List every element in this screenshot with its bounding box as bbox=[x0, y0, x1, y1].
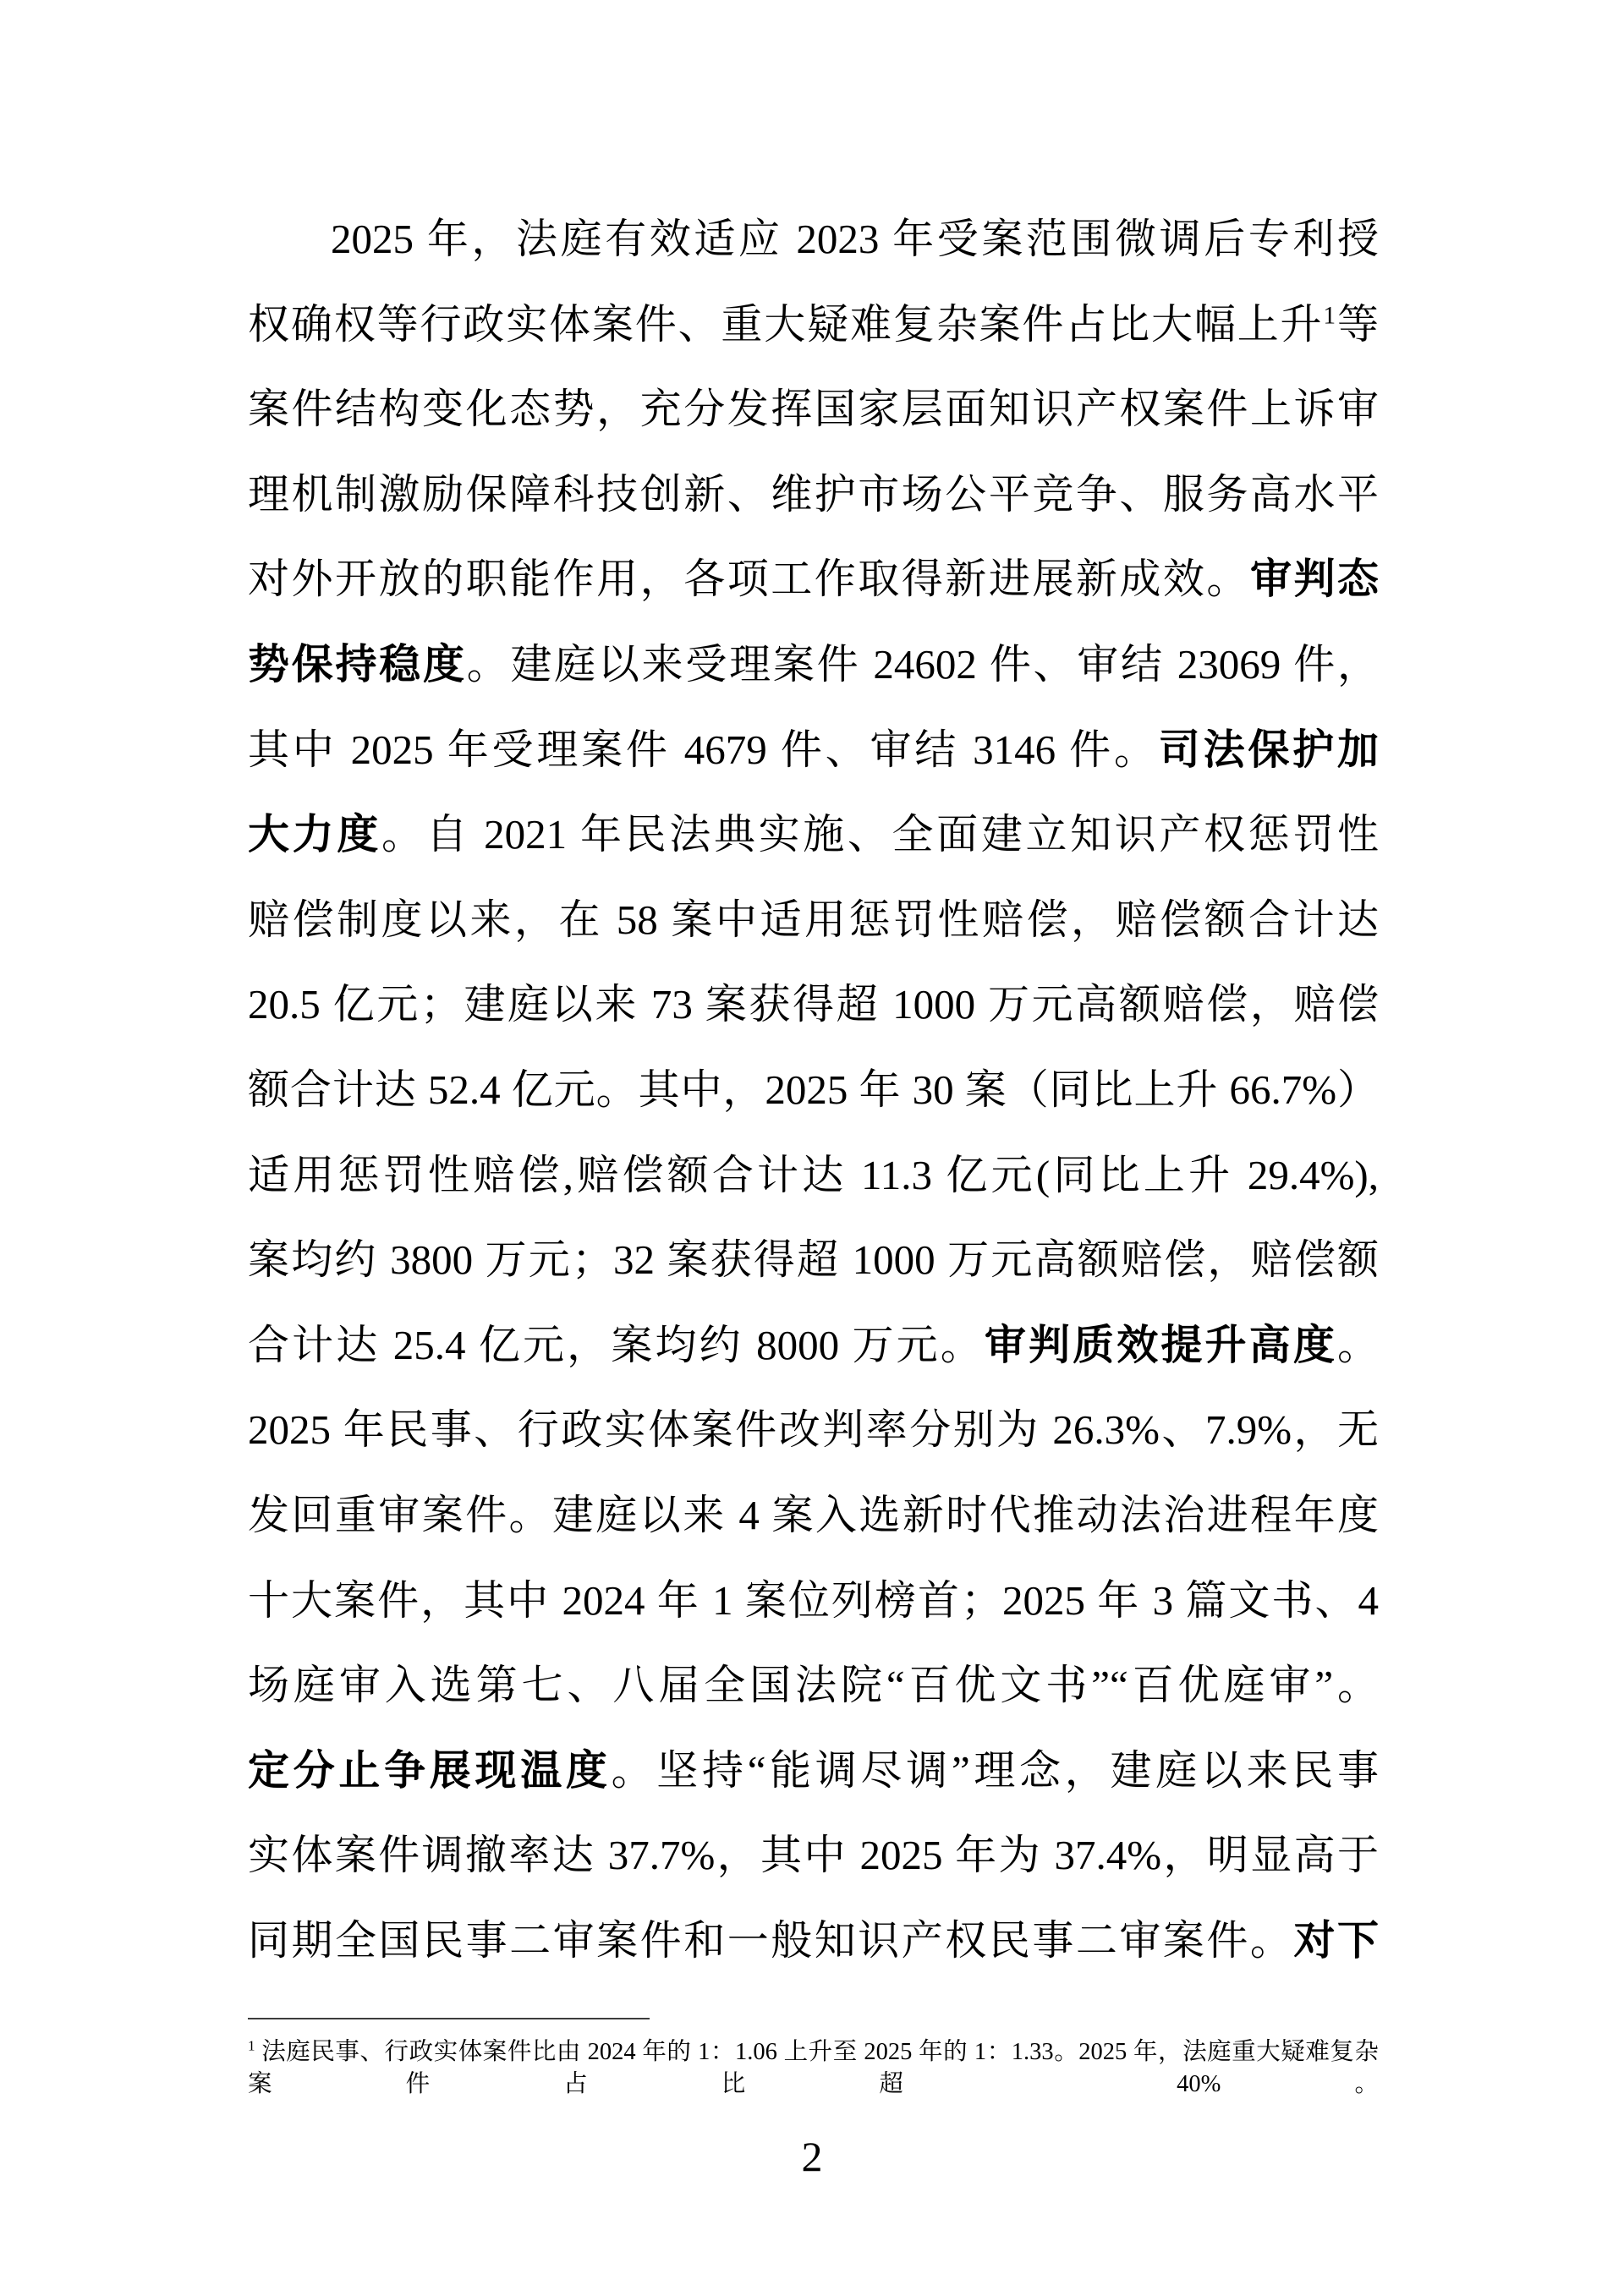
body-text-segment: 理机制激励保障科技创新、维护市场公平竞争、服务高水平 bbox=[248, 471, 1379, 518]
text-line: 权确权等行政实体案件、重大疑难复杂案件占比大幅上升1等 bbox=[248, 282, 1379, 368]
footnote-separator bbox=[248, 2018, 650, 2019]
body-text-segment: 十大案件，其中 2024 年 1 案位列榜首；2025 年 3 篇文书、4 bbox=[248, 1577, 1379, 1624]
text-line: 场庭审入选第七、八届全国法院“百优文书”“百优庭审”。 bbox=[248, 1643, 1379, 1729]
text-line: 20.5 亿元；建庭以来 73 案获得超 1000 万元高额赔偿，赔偿 bbox=[248, 962, 1379, 1048]
text-line: 实体案件调撤率达 37.7%，其中 2025 年为 37.4%，明显高于 bbox=[248, 1813, 1379, 1899]
body-text-segment: 案件结构变化态势，充分发挥国家层面知识产权案件上诉审 bbox=[248, 386, 1379, 432]
body-text-segment: 适用惩罚性赔偿,赔偿额合计达 11.3 亿元(同比上升 29.4%), bbox=[248, 1152, 1379, 1198]
body-text-segment: 赔偿制度以来，在 58 案中适用惩罚性赔偿，赔偿额合计达 bbox=[248, 896, 1379, 943]
text-line: 十大案件，其中 2024 年 1 案位列榜首；2025 年 3 篇文书、4 bbox=[248, 1559, 1379, 1644]
body-text-segment: 同期全国民事二审案件和一般知识产权民事二审案件。 bbox=[248, 1917, 1293, 1964]
bold-emphasis-text: 审判态 bbox=[1250, 556, 1379, 602]
bold-emphasis-text: 司法保护加 bbox=[1159, 727, 1379, 773]
text-line: 合计达 25.4 亿元，案均约 8000 万元。审判质效提升高度。 bbox=[248, 1303, 1379, 1389]
body-text-segment: 权确权等行政实体案件、重大疑难复杂案件占比大幅上升 bbox=[248, 301, 1323, 348]
text-line: 1 法庭民事、行政实体案件比由 2024 年的 1：1.06 上升至 2025 … bbox=[248, 2036, 1379, 2069]
text-line: 赔偿制度以来，在 58 案中适用惩罚性赔偿，赔偿额合计达 bbox=[248, 878, 1379, 963]
text-line: 其中 2025 年受理案件 4679 件、审结 3146 件。司法保护加 bbox=[248, 708, 1379, 793]
text-line: 同期全国民事二审案件和一般知识产权民事二审案件。对下 bbox=[248, 1899, 1379, 1984]
text-line: 适用惩罚性赔偿,赔偿额合计达 11.3 亿元(同比上升 29.4%), bbox=[248, 1133, 1379, 1219]
bold-emphasis-text: 对下 bbox=[1293, 1918, 1379, 1964]
text-line: 2025 年，法庭有效适应 2023 年受案范围微调后专利授 bbox=[248, 197, 1379, 282]
body-text-segment: 案均约 3800 万元；32 案获得超 1000 万元高额赔偿，赔偿额 bbox=[248, 1236, 1379, 1283]
body-text-segment: 其中 2025 年受理案件 4679 件、审结 3146 件。 bbox=[248, 726, 1159, 773]
bold-emphasis-text: 势保持稳度 bbox=[248, 642, 467, 688]
text-line: 理机制激励保障科技创新、维护市场公平竞争、服务高水平 bbox=[248, 452, 1379, 538]
body-text-segment: 额合计达 52.4 亿元。其中，2025 年 30 案（同比上升 66.7%） bbox=[248, 1066, 1379, 1113]
bold-emphasis-text: 定分止争展现温度 bbox=[248, 1748, 612, 1794]
text-line: 案件占比超 40%。 bbox=[248, 2069, 1379, 2101]
body-text-segment: 。建庭以来受理案件 24602 件、审结 23069 件， bbox=[467, 641, 1379, 688]
bold-emphasis-text: 大力度 bbox=[248, 812, 381, 858]
body-text-segment: 2025 年，法庭有效适应 2023 年受案范围微调后专利授 bbox=[331, 216, 1379, 262]
body-text-segment: 法庭民事、行政实体案件比由 2024 年的 1：1.06 上升至 2025 年的… bbox=[255, 2039, 1379, 2065]
body-text-segment: 等 bbox=[1336, 301, 1379, 348]
body-text-segment: 20.5 亿元；建庭以来 73 案获得超 1000 万元高额赔偿，赔偿 bbox=[248, 981, 1379, 1027]
body-text-segment: 。坚持“能调尽调”理念，建庭以来民事 bbox=[612, 1747, 1379, 1794]
text-line: 2025 年民事、行政实体案件改判率分别为 26.3%、7.9%，无 bbox=[248, 1388, 1379, 1473]
body-text-segment: 场庭审入选第七、八届全国法院“百优文书”“百优庭审”。 bbox=[248, 1662, 1379, 1708]
text-line: 案均约 3800 万元；32 案获得超 1000 万元高额赔偿，赔偿额 bbox=[248, 1218, 1379, 1303]
document-page: 2025 年，法庭有效适应 2023 年受案范围微调后专利授权确权等行政实体案件… bbox=[0, 0, 1624, 2296]
body-text-segment: 2025 年民事、行政实体案件改判率分别为 26.3%、7.9%，无 bbox=[248, 1406, 1379, 1453]
body-text-segment: 案件占比超 40%。 bbox=[248, 2071, 1379, 2097]
text-line: 案件结构变化态势，充分发挥国家层面知识产权案件上诉审 bbox=[248, 367, 1379, 452]
footnote-ref-superscript: 1 bbox=[248, 2038, 255, 2054]
body-text-segment: 。自 2021 年民法典实施、全面建立知识产权惩罚性 bbox=[381, 811, 1379, 858]
text-line: 定分止争展现温度。坚持“能调尽调”理念，建庭以来民事 bbox=[248, 1729, 1379, 1814]
footnote-ref-superscript: 1 bbox=[1323, 302, 1336, 329]
footnote: 1 法庭民事、行政实体案件比由 2024 年的 1：1.06 上升至 2025 … bbox=[248, 2036, 1379, 2101]
body-text-segment: 实体案件调撤率达 37.7%，其中 2025 年为 37.4%，明显高于 bbox=[248, 1832, 1379, 1878]
body-text-segment: 。 bbox=[1337, 1322, 1379, 1368]
text-line: 对外开放的职能作用，各项工作取得新进展新成效。审判态 bbox=[248, 537, 1379, 622]
page-number: 2 bbox=[0, 2128, 1624, 2185]
text-line: 大力度。自 2021 年民法典实施、全面建立知识产权惩罚性 bbox=[248, 792, 1379, 878]
text-line: 额合计达 52.4 亿元。其中，2025 年 30 案（同比上升 66.7%） bbox=[248, 1048, 1379, 1133]
text-line: 发回重审案件。建庭以来 4 案入选新时代推动法治进程年度 bbox=[248, 1473, 1379, 1559]
text-line: 势保持稳度。建庭以来受理案件 24602 件、审结 23069 件， bbox=[248, 622, 1379, 708]
bold-emphasis-text: 审判质效提升高度 bbox=[985, 1323, 1337, 1368]
body-text-segment: 发回重审案件。建庭以来 4 案入选新时代推动法治进程年度 bbox=[248, 1492, 1379, 1538]
report-body-paragraph: 2025 年，法庭有效适应 2023 年受案范围微调后专利授权确权等行政实体案件… bbox=[248, 197, 1379, 1983]
body-text-segment: 对外开放的职能作用，各项工作取得新进展新成效。 bbox=[248, 556, 1250, 602]
body-text-segment: 合计达 25.4 亿元，案均约 8000 万元。 bbox=[248, 1322, 985, 1368]
